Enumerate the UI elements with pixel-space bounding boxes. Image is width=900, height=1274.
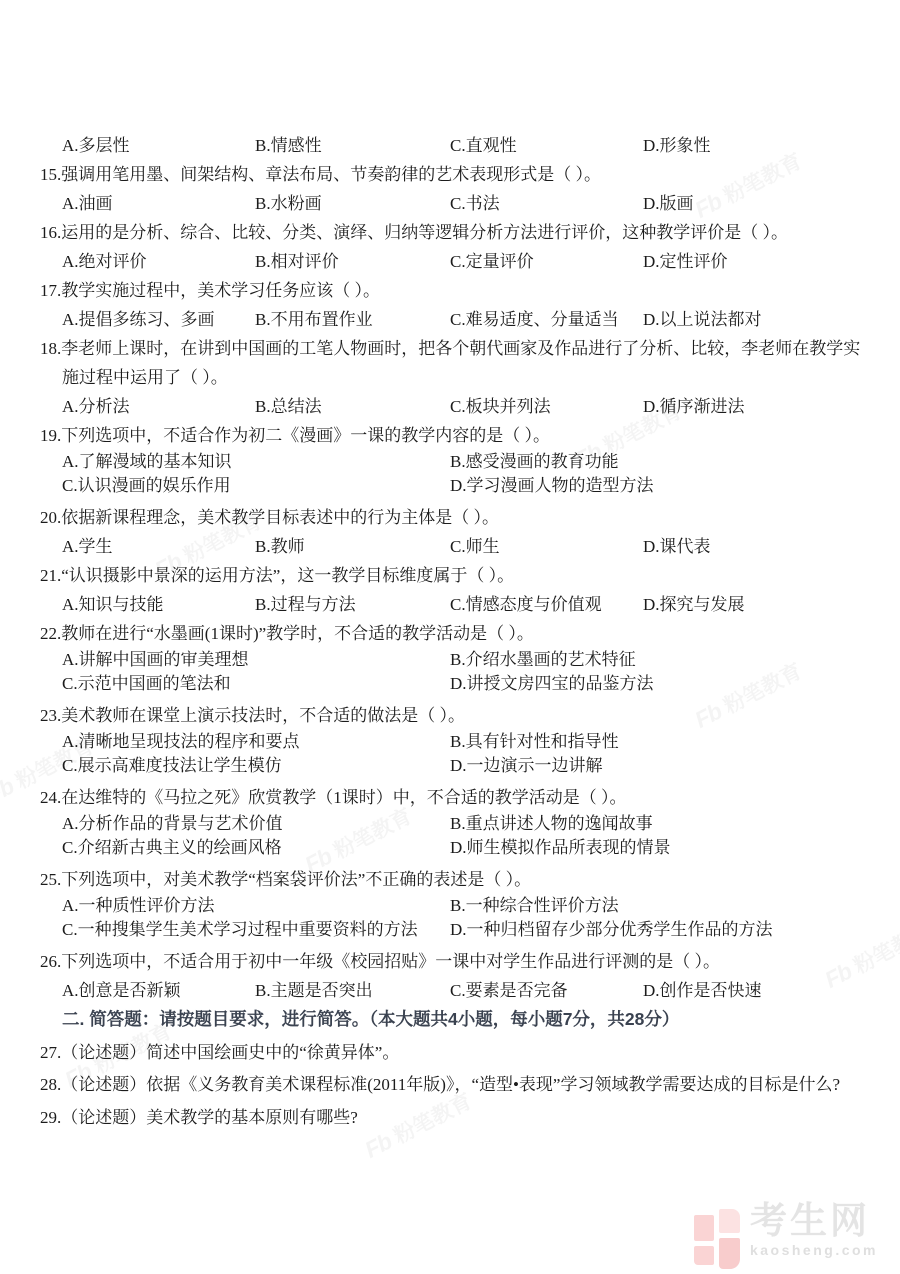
question-29: 29.（论述题）美术教学的基本原则有哪些? bbox=[0, 1103, 900, 1132]
option-d: D.以上说法都对 bbox=[643, 305, 900, 334]
option-d: D.循序渐进法 bbox=[643, 392, 900, 421]
option-b: B.水粉画 bbox=[255, 189, 450, 218]
option-c: C.难易适度、分量适当 bbox=[450, 305, 643, 334]
option-d: D.版画 bbox=[643, 189, 900, 218]
option-b: B.总结法 bbox=[255, 392, 450, 421]
question-20: 20.依据新课程理念，美术教学目标表述中的行为主体是（ ）。 bbox=[0, 503, 900, 532]
option-d: D.讲授文房四宝的品鉴方法 bbox=[450, 672, 900, 696]
kaosheng-logo-icon bbox=[692, 1207, 738, 1257]
option-d: D.形象性 bbox=[643, 131, 900, 160]
option-c: C.板块并列法 bbox=[450, 392, 643, 421]
option-d: D.学习漫画人物的造型方法 bbox=[450, 474, 900, 498]
option-c: C.要素是否完备 bbox=[450, 976, 643, 1005]
option-d: D.探究与发展 bbox=[643, 590, 900, 619]
option-a: A.分析作品的背景与艺术价值 bbox=[62, 812, 450, 836]
question-21: 21.“认识摄影中景深的运用方法”，这一教学目标维度属于（ ）。 bbox=[0, 561, 900, 590]
option-c: C.一种搜集学生美术学习过程中重要资料的方法 bbox=[62, 918, 450, 942]
option-a: A.分析法 bbox=[62, 392, 255, 421]
fenbi-logo-icon: Fb bbox=[360, 1127, 396, 1163]
options-row-q20: A.学生 B.教师 C.师生 D.课代表 bbox=[0, 532, 900, 561]
option-b: B.相对评价 bbox=[255, 247, 450, 276]
option-d: D.一种归档留存少部分优秀学生作品的方法 bbox=[450, 918, 900, 942]
option-d: D.师生模拟作品所表现的情景 bbox=[450, 836, 900, 860]
option-c: C.直观性 bbox=[450, 131, 643, 160]
options-row-q21: A.知识与技能 B.过程与方法 C.情感态度与价值观 D.探究与发展 bbox=[0, 590, 900, 619]
options-grid-q25: A.一种质性评价方法 B.一种综合性评价方法 C.一种搜集学生美术学习过程中重要… bbox=[0, 894, 900, 947]
option-b: B.具有针对性和指导性 bbox=[450, 730, 900, 754]
options-row-q15: A.油画 B.水粉画 C.书法 D.版画 bbox=[0, 189, 900, 218]
option-a: A.绝对评价 bbox=[62, 247, 255, 276]
option-c: C.书法 bbox=[450, 189, 643, 218]
options-row-q18: A.分析法 B.总结法 C.板块并列法 D.循序渐进法 bbox=[0, 392, 900, 421]
option-b: B.不用布置作业 bbox=[255, 305, 450, 334]
option-d: D.定性评价 bbox=[643, 247, 900, 276]
question-15: 15.强调用笔用墨、间架结构、章法布局、节奏韵律的艺术表现形式是（ ）。 bbox=[0, 160, 900, 189]
option-a: A.提倡多练习、多画 bbox=[62, 305, 255, 334]
question-22: 22.教师在进行“水墨画(1课时)”教学时，不合适的教学活动是（ ）。 bbox=[0, 619, 900, 648]
option-b: B.重点讲述人物的逸闻故事 bbox=[450, 812, 900, 836]
option-b: B.情感性 bbox=[255, 131, 450, 160]
options-grid-q22: A.讲解中国画的审美理想 B.介绍水墨画的艺术特征 C.示范中国画的笔法和 D.… bbox=[0, 648, 900, 701]
question-24: 24.在达维特的《马拉之死》欣赏教学（1课时）中，不合适的教学活动是（ ）。 bbox=[0, 783, 900, 812]
kaosheng-footer-brand: 考生网 kaosheng.com bbox=[692, 1201, 878, 1258]
option-b: B.一种综合性评价方法 bbox=[450, 894, 900, 918]
question-28: 28.（论述题）依据《义务教育美术课程标准(2011年版)》，“造型•表现”学习… bbox=[0, 1070, 900, 1099]
question-16: 16.运用的是分析、综合、比较、分类、演绎、归纳等逻辑分析方法进行评价，这种教学… bbox=[0, 218, 900, 247]
options-row-q14: A.多层性 B.情感性 C.直观性 D.形象性 bbox=[0, 131, 900, 160]
option-b: B.感受漫画的教育功能 bbox=[450, 450, 900, 474]
option-c: C.介绍新古典主义的绘画风格 bbox=[62, 836, 450, 860]
option-b: B.教师 bbox=[255, 532, 450, 561]
question-18: 18.李老师上课时，在讲到中国画的工笔人物画时，把各个朝代画家及作品进行了分析、… bbox=[0, 334, 900, 392]
options-row-q26: A.创意是否新颖 B.主题是否突出 C.要素是否完备 D.创作是否快速 bbox=[0, 976, 900, 1005]
option-b: B.介绍水墨画的艺术特征 bbox=[450, 648, 900, 672]
option-c: C.定量评价 bbox=[450, 247, 643, 276]
question-27: 27.（论述题）简述中国绘画史中的“徐黄异体”。 bbox=[0, 1038, 900, 1067]
option-a: A.知识与技能 bbox=[62, 590, 255, 619]
exam-page: Fb 粉笔教育 Fb 粉笔教育 Fb 粉笔教育 Fb 粉笔教育 Fb 粉笔教育 … bbox=[0, 0, 900, 1274]
question-23: 23.美术教师在课堂上演示技法时，不合适的做法是（ ）。 bbox=[0, 701, 900, 730]
option-c: C.示范中国画的笔法和 bbox=[62, 672, 450, 696]
option-a: A.多层性 bbox=[62, 131, 255, 160]
options-grid-q23: A.清晰地呈现技法的程序和要点 B.具有针对性和指导性 C.展示高难度技法让学生… bbox=[0, 730, 900, 783]
option-c: C.展示高难度技法让学生模仿 bbox=[62, 754, 450, 778]
kaosheng-brand-block: 考生网 kaosheng.com bbox=[750, 1201, 878, 1258]
option-a: A.一种质性评价方法 bbox=[62, 894, 450, 918]
options-row-q17: A.提倡多练习、多画 B.不用布置作业 C.难易适度、分量适当 D.以上说法都对 bbox=[0, 305, 900, 334]
kaosheng-domain-text: kaosheng.com bbox=[750, 1242, 878, 1258]
options-row-q16: A.绝对评价 B.相对评价 C.定量评价 D.定性评价 bbox=[0, 247, 900, 276]
option-a: A.创意是否新颖 bbox=[62, 976, 255, 1005]
option-b: B.主题是否突出 bbox=[255, 976, 450, 1005]
question-25: 25.下列选项中，对美术教学“档案袋评价法”不正确的表述是（ ）。 bbox=[0, 865, 900, 894]
question-17: 17.教学实施过程中，美术学习任务应该（ ）。 bbox=[0, 276, 900, 305]
option-a: A.清晰地呈现技法的程序和要点 bbox=[62, 730, 450, 754]
options-grid-q19: A.了解漫域的基本知识 B.感受漫画的教育功能 C.认识漫画的娱乐作用 D.学习… bbox=[0, 450, 900, 503]
options-grid-q24: A.分析作品的背景与艺术价值 B.重点讲述人物的逸闻故事 C.介绍新古典主义的绘… bbox=[0, 812, 900, 865]
option-d: D.创作是否快速 bbox=[643, 976, 900, 1005]
option-b: B.过程与方法 bbox=[255, 590, 450, 619]
option-a: A.讲解中国画的审美理想 bbox=[62, 648, 450, 672]
option-a: A.学生 bbox=[62, 532, 255, 561]
question-19: 19.下列选项中，不适合作为初二《漫画》一课的教学内容的是（ ）。 bbox=[0, 421, 900, 450]
option-c: C.情感态度与价值观 bbox=[450, 590, 643, 619]
option-d: D.一边演示一边讲解 bbox=[450, 754, 900, 778]
question-26: 26.下列选项中，不适合用于初中一年级《校园招贴》一课中对学生作品进行评测的是（… bbox=[0, 947, 900, 976]
kaosheng-brand-text: 考生网 bbox=[750, 1201, 878, 1241]
option-a: A.了解漫域的基本知识 bbox=[62, 450, 450, 474]
option-d: D.课代表 bbox=[643, 532, 900, 561]
option-c: C.认识漫画的娱乐作用 bbox=[62, 474, 450, 498]
option-a: A.油画 bbox=[62, 189, 255, 218]
option-c: C.师生 bbox=[450, 532, 643, 561]
section-header-short-answer: 二. 简答题：请按题目要求，进行简答。（本大题共4小题，每小题7分，共28分） bbox=[0, 1005, 900, 1034]
exam-content: A.多层性 B.情感性 C.直观性 D.形象性 15.强调用笔用墨、间架结构、章… bbox=[0, 131, 900, 1132]
